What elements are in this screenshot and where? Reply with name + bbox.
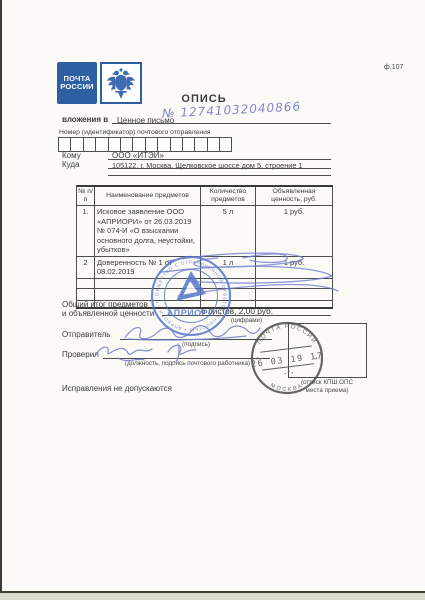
enclosure-underline (112, 123, 331, 124)
table-row: 2 Доверенность № 1 от 08.02.2019 1 л 1 р… (77, 256, 333, 278)
postal-id-boxes (59, 137, 232, 152)
scan-edge-left (0, 0, 2, 600)
col-header-value: Объявленная ценность, руб. (256, 186, 333, 206)
empty-row (77, 278, 333, 288)
sender-underline (120, 339, 272, 340)
totals-label-line1: Общий итог предметов (62, 300, 148, 309)
form-code: ф.107 (384, 64, 403, 71)
scan-edge-bottom-pad (0, 593, 425, 600)
postal-id-cell (170, 137, 183, 152)
col-header-qty: Количество предметов (201, 186, 256, 206)
checked-underline (103, 358, 270, 359)
checked-caption: (должность, подпись почтового работника) (95, 360, 280, 367)
postal-id-cell (120, 137, 133, 152)
postal-id-cell (70, 137, 83, 152)
empty-row (77, 288, 333, 300)
extra-underline (108, 175, 331, 176)
stamp-box-caption-line1: (оттиск КПШ ОПС (276, 379, 378, 387)
logo-text-line2: РОССИИ (57, 83, 97, 92)
to-underline (108, 159, 331, 160)
postal-id-cell (219, 137, 232, 152)
items-table: № п/п Наименование предметов Количество … (76, 185, 333, 309)
enclosure-label: вложения в (62, 115, 108, 124)
item-qty: 1 л (201, 256, 256, 278)
sender-caption: (подпись) (120, 341, 272, 348)
item-name: Исковое заявление ООО «АПРИОРИ» от 26.03… (95, 206, 201, 257)
stamp-box-caption-line2: места приема) (276, 387, 378, 395)
where-underline (108, 168, 331, 169)
no-corrections-note: Исправления не допускаются (62, 384, 172, 393)
postal-id-cell (83, 137, 96, 152)
postal-id-cell (58, 137, 71, 152)
postal-id-cell (145, 137, 158, 152)
sender-signature (125, 326, 260, 340)
item-name: Доверенность № 1 от 08.02.2019 (95, 256, 201, 278)
col-header-name: Наименование предметов (95, 186, 201, 206)
to-label: Кому (62, 151, 81, 160)
table-header-row: № п/п Наименование предметов Количество … (77, 186, 333, 206)
scanned-form-f107: ПОЧТА РОССИИ ф.107 ОПИСЬ вложения в Ценн… (0, 0, 425, 600)
item-qty: 5 л (201, 206, 256, 257)
postal-id-cell (95, 137, 108, 152)
item-value: 1 руб. (256, 256, 333, 278)
item-num: 2 (77, 256, 95, 278)
postal-id-cell (182, 137, 195, 152)
item-num: 1. (77, 206, 95, 257)
item-value: 1 руб. (256, 206, 333, 257)
postal-id-cell (194, 137, 207, 152)
col-header-num: № п/п (77, 186, 95, 206)
totals-underline (162, 315, 331, 316)
postal-id-cell (157, 137, 170, 152)
stamp-imprint-box (288, 323, 367, 378)
stamp-box-caption: (оттиск КПШ ОПС места приема) (276, 379, 378, 394)
postal-id-cell (207, 137, 220, 152)
postal-id-caption: Номер (идентификатор) почтового отправле… (59, 129, 211, 136)
postal-id-cell (132, 137, 145, 152)
where-label: Куда (62, 160, 80, 169)
sender-label: Отправитель (62, 330, 110, 339)
totals-label-line2: и объявленной ценности (62, 309, 154, 318)
postal-id-cell (108, 137, 121, 152)
checked-label: Проверил (62, 350, 99, 359)
table-row: 1. Исковое заявление ООО «АПРИОРИ» от 26… (77, 206, 333, 257)
